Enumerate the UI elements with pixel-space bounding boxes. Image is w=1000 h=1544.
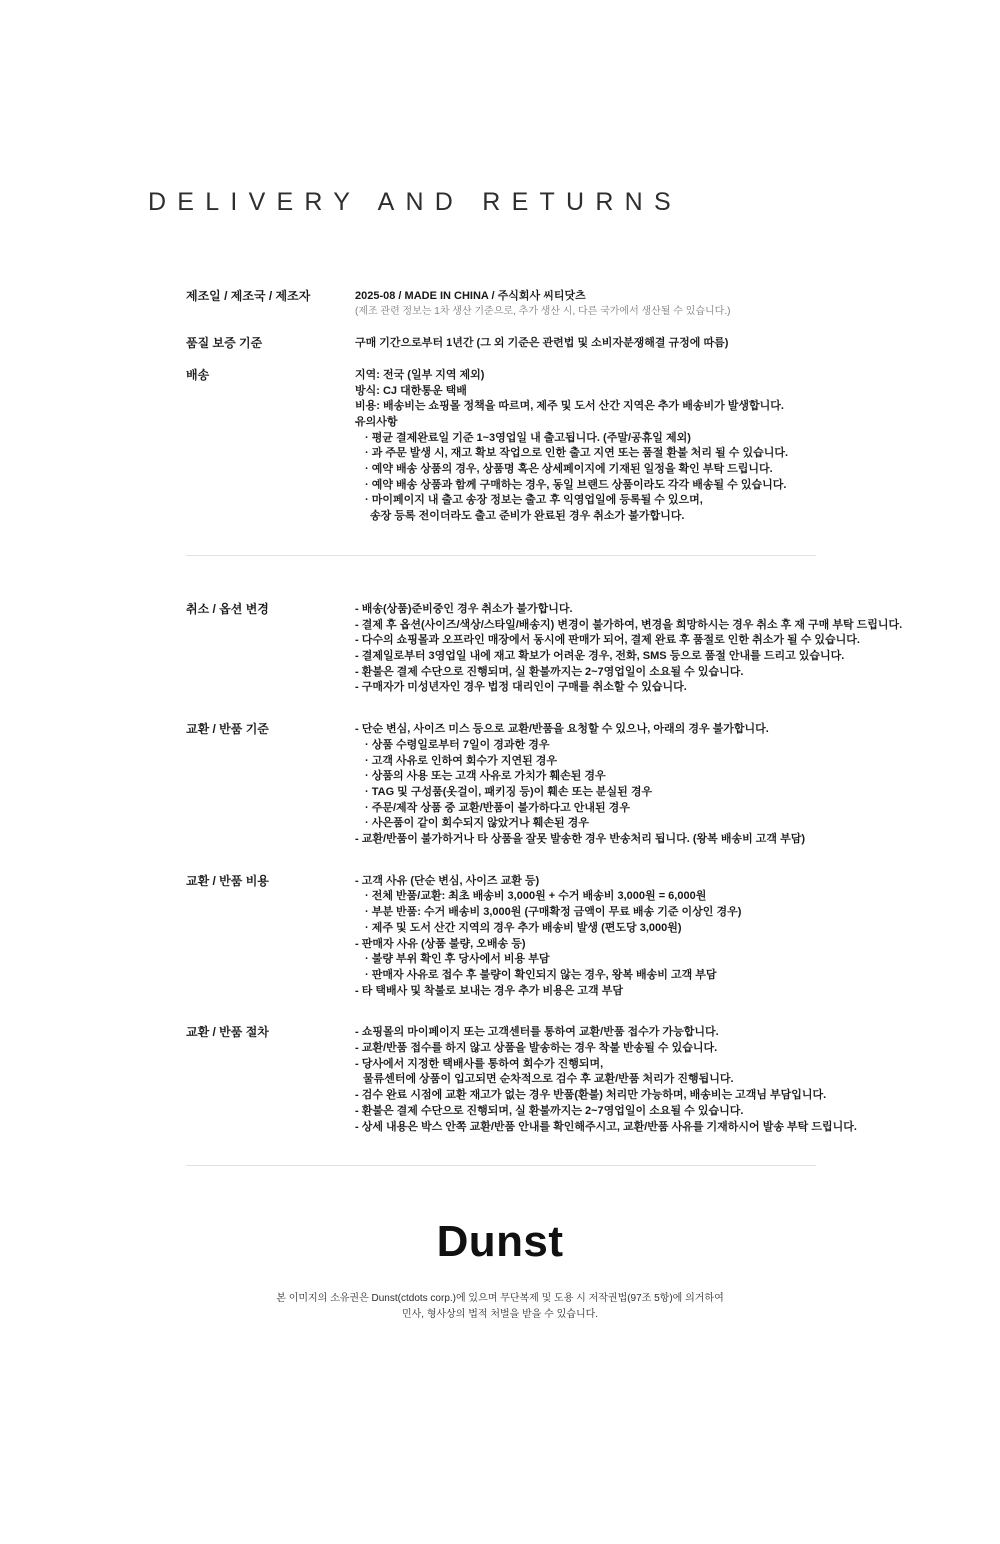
content-line: - 교환/반품이 불가하거나 타 상품을 잘못 발송한 경우 반송처리 됩니다.… [355,832,956,848]
section-content: - 단순 변심, 사이즈 미스 등으로 교환/반품을 요청할 수 있으나, 아래… [355,722,956,848]
content-line: · 부분 반품: 수거 배송비 3,000원 (구매확정 금액이 무료 배송 기… [355,905,956,921]
section-content: - 쇼핑몰의 마이페이지 또는 고객센터를 통하여 교환/반품 접수가 가능합니… [355,1025,956,1135]
section-exchange-return-criteria: 교환 / 반품 기준- 단순 변심, 사이즈 미스 등으로 교환/반품을 요청할… [186,722,956,848]
content-line: · 판매자 사유로 접수 후 불량이 확인되지 않는 경우, 왕복 배송비 고객… [355,968,956,984]
section-content: 구매 기간으로부터 1년간 (그 외 기준은 관련법 및 소비자분쟁해결 규정에… [355,336,956,352]
content-line: - 결제 후 옵션(사이즈/색상/스타일/배송지) 변경이 불가하여, 변경을 … [355,618,956,634]
content-line: (제조 관련 정보는 1차 생산 기준으로, 추가 생산 시, 다른 국가에서 … [355,304,956,320]
section-content: 지역: 전국 (일부 지역 제외)방식: CJ 대한통운 택배비용: 배송비는 … [355,368,956,525]
content-line: - 판매자 사유 (상품 불량, 오배송 등) [355,937,956,953]
section-exchange-return-cost: 교환 / 반품 비용- 고객 사유 (단순 변심, 사이즈 교환 등)· 전체 … [186,874,956,1000]
content-line: - 고객 사유 (단순 변심, 사이즈 교환 등) [355,874,956,890]
section-quality-warranty: 품질 보증 기준구매 기간으로부터 1년간 (그 외 기준은 관련법 및 소비자… [186,336,956,352]
content-line: 송장 등록 전이더라도 출고 준비가 완료된 경우 취소가 불가합니다. [355,509,956,525]
content-line: · 마이페이지 내 출고 송장 정보는 출고 후 익영업일에 등록될 수 있으며… [355,493,956,509]
section-divider [186,1165,816,1166]
content-line: 유의사항 [355,415,956,431]
delivery-returns-page: DELIVERY AND RETURNS 제조일 / 제조국 / 제조자2025… [0,0,1000,1544]
content-line: · 예약 배송 상품의 경우, 상품명 혹은 상세페이지에 기재된 일정을 확인… [355,462,956,478]
content-line: - 타 택배사 및 착불로 보내는 경우 추가 비용은 고객 부담 [355,984,956,1000]
content-line: 지역: 전국 (일부 지역 제외) [355,368,956,384]
brand-logo: Dunst [0,1218,1000,1266]
content-line: · 고객 사유로 인하여 회수가 지연된 경우 [355,754,956,770]
content-line: · 예약 배송 상품과 함께 구매하는 경우, 동일 브랜드 상품이라도 각각 … [355,478,956,494]
content-line: 2025-08 / MADE IN CHINA / 주식회사 씨티닷츠 [355,289,956,305]
content-line: - 쇼핑몰의 마이페이지 또는 고객센터를 통하여 교환/반품 접수가 가능합니… [355,1025,956,1041]
content-line: - 상세 내용은 박스 안쪽 교환/반품 안내를 확인해주시고, 교환/반품 사… [355,1120,956,1136]
section-label: 품질 보증 기준 [186,336,355,352]
content-line: - 검수 완료 시점에 교환 재고가 없는 경우 반품(환불) 처리만 가능하며… [355,1088,956,1104]
section-shipping: 배송지역: 전국 (일부 지역 제외)방식: CJ 대한통운 택배비용: 배송비… [186,368,956,525]
content-line: · 사은품이 같이 회수되지 않았거나 훼손된 경우 [355,816,956,832]
content-line: - 배송(상품)준비중인 경우 취소가 불가합니다. [355,602,956,618]
copyright-line-1: 본 이미지의 소유권은 Dunst(ctdots corp.)에 있으며 무단복… [276,1293,724,1304]
copyright-notice: 본 이미지의 소유권은 Dunst(ctdots corp.)에 있으며 무단복… [0,1291,1000,1324]
section-content: - 고객 사유 (단순 변심, 사이즈 교환 등)· 전체 반품/교환: 최초 … [355,874,956,1000]
content-line: 구매 기간으로부터 1년간 (그 외 기준은 관련법 및 소비자분쟁해결 규정에… [355,336,956,352]
content-line: · 상품의 사용 또는 고객 사유로 가치가 훼손된 경우 [355,769,956,785]
section-label: 취소 / 옵션 변경 [186,602,355,618]
content-line: · 평균 결제완료일 기준 1~3영업일 내 출고됩니다. (주말/공휴일 제외… [355,431,956,447]
content-line: - 구매자가 미성년자인 경우 법정 대리인이 구매를 취소할 수 있습니다. [355,680,956,696]
section-manufacture-info: 제조일 / 제조국 / 제조자2025-08 / MADE IN CHINA /… [186,289,956,320]
section-label: 배송 [186,368,355,384]
copyright-line-2: 민사, 형사상의 법적 처벌을 받을 수 있습니다. [402,1309,598,1320]
section-label: 제조일 / 제조국 / 제조자 [186,289,355,305]
section-label: 교환 / 반품 절차 [186,1025,355,1041]
section-content: 2025-08 / MADE IN CHINA / 주식회사 씨티닷츠(제조 관… [355,289,956,320]
section-cancel-option-change: 취소 / 옵션 변경- 배송(상품)준비중인 경우 취소가 불가합니다.- 결제… [186,602,956,696]
section-label: 교환 / 반품 비용 [186,874,355,890]
content-line: · 과 주문 발생 시, 재고 확보 작업으로 인한 출고 지연 또는 품절 환… [355,446,956,462]
page-title: DELIVERY AND RETURNS [0,0,1000,217]
section-content: - 배송(상품)준비중인 경우 취소가 불가합니다.- 결제 후 옵션(사이즈/… [355,602,956,696]
content-line: - 환불은 결제 수단으로 진행되며, 실 환불까지는 2~7영업일이 소요될 … [355,665,956,681]
content-line: 비용: 배송비는 쇼핑몰 정책을 따르며, 제주 및 도서 산간 지역은 추가 … [355,399,956,415]
content-line: - 결제일로부터 3영업일 내에 재고 확보가 어려운 경우, 전화, SMS … [355,649,956,665]
content-line: · 제주 및 도서 산간 지역의 경우 추가 배송비 발생 (편도당 3,000… [355,921,956,937]
content-line: - 교환/반품 접수를 하지 않고 상품을 발송하는 경우 착불 반송될 수 있… [355,1041,956,1057]
content-line: · 전체 반품/교환: 최초 배송비 3,000원 + 수거 배송비 3,000… [355,889,956,905]
section-label: 교환 / 반품 기준 [186,722,355,738]
footer: Dunst 본 이미지의 소유권은 Dunst(ctdots corp.)에 있… [0,1218,1000,1323]
content-line: · 주문/제작 상품 중 교환/반품이 불가하다고 안내된 경우 [355,801,956,817]
content-line: - 다수의 쇼핑몰과 오프라인 매장에서 동시에 판매가 되어, 결제 완료 후… [355,633,956,649]
section-exchange-return-process: 교환 / 반품 절차- 쇼핑몰의 마이페이지 또는 고객센터를 통하여 교환/반… [186,1025,956,1135]
content-line: 방식: CJ 대한통운 택배 [355,384,956,400]
info-sections: 제조일 / 제조국 / 제조자2025-08 / MADE IN CHINA /… [186,289,956,1167]
content-line: · TAG 및 구성품(옷걸이, 패키징 등)이 훼손 또는 분실된 경우 [355,785,956,801]
content-line: - 당사에서 지정한 택배사를 통하여 회수가 진행되며, [355,1057,956,1073]
content-line: · 불량 부위 확인 후 당사에서 비용 부담 [355,952,956,968]
content-line: 물류센터에 상품이 입고되면 순차적으로 검수 후 교환/반품 처리가 진행됩니… [355,1072,956,1088]
content-line: - 단순 변심, 사이즈 미스 등으로 교환/반품을 요청할 수 있으나, 아래… [355,722,956,738]
section-divider [186,555,816,556]
content-line: · 상품 수령일로부터 7일이 경과한 경우 [355,738,956,754]
content-line: - 환불은 결제 수단으로 진행되며, 실 환불까지는 2~7영업일이 소요될 … [355,1104,956,1120]
